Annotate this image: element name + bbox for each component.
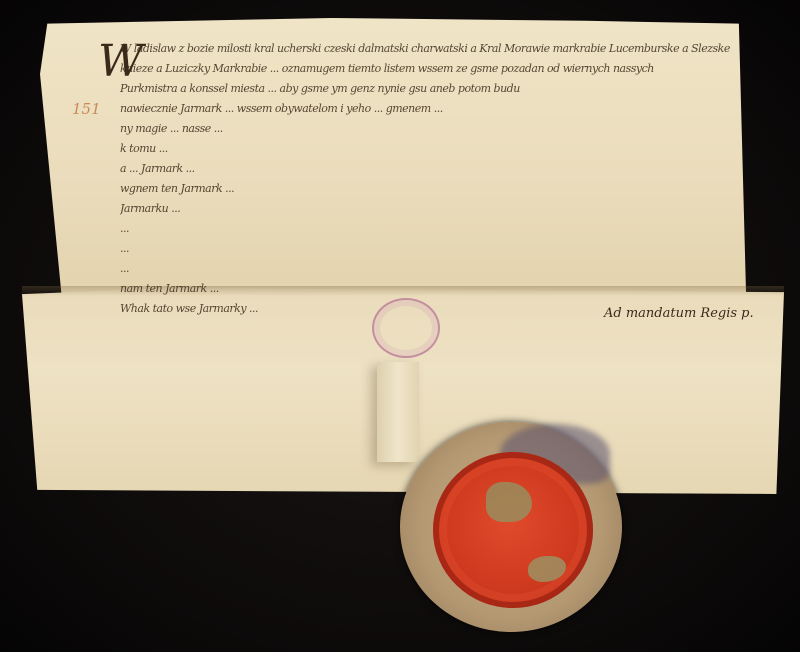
archive-stamp	[372, 298, 440, 358]
charter-text: W ladislaw z bozie milosti kral ucherski…	[120, 42, 740, 322]
seal-damage-patch	[486, 482, 532, 522]
text-line: ...	[120, 222, 740, 242]
text-line: Purkmistra a konssel miesta ... aby gsme…	[120, 82, 740, 102]
text-line: W ladislaw z bozie milosti kral ucherski…	[120, 42, 740, 62]
text-line: nam ten Jarmark ...	[120, 282, 740, 302]
text-line: ...	[120, 262, 740, 282]
text-line: k tomu ...	[120, 142, 740, 162]
red-wax-seal	[433, 452, 593, 608]
text-line: Jarmarku ...	[120, 202, 740, 222]
image-description: Folded parchment document written in 16t…	[0, 0, 1, 1]
text-line: wgnem ten Jarmark ...	[120, 182, 740, 202]
text-line: ny magie ... nasse ...	[120, 122, 740, 142]
margin-number: 151	[72, 100, 101, 118]
seal-strap	[377, 362, 419, 462]
signature: Ad mandatum Regis p.	[604, 306, 754, 321]
text-line: ...	[120, 242, 740, 262]
text-line: knieze a Luziczky Markrabie ... oznamuge…	[120, 62, 740, 82]
text-line: nawiecznie Jarmark ... wssem obywatelom …	[120, 102, 740, 122]
text-line: a ... Jarmark ...	[120, 162, 740, 182]
